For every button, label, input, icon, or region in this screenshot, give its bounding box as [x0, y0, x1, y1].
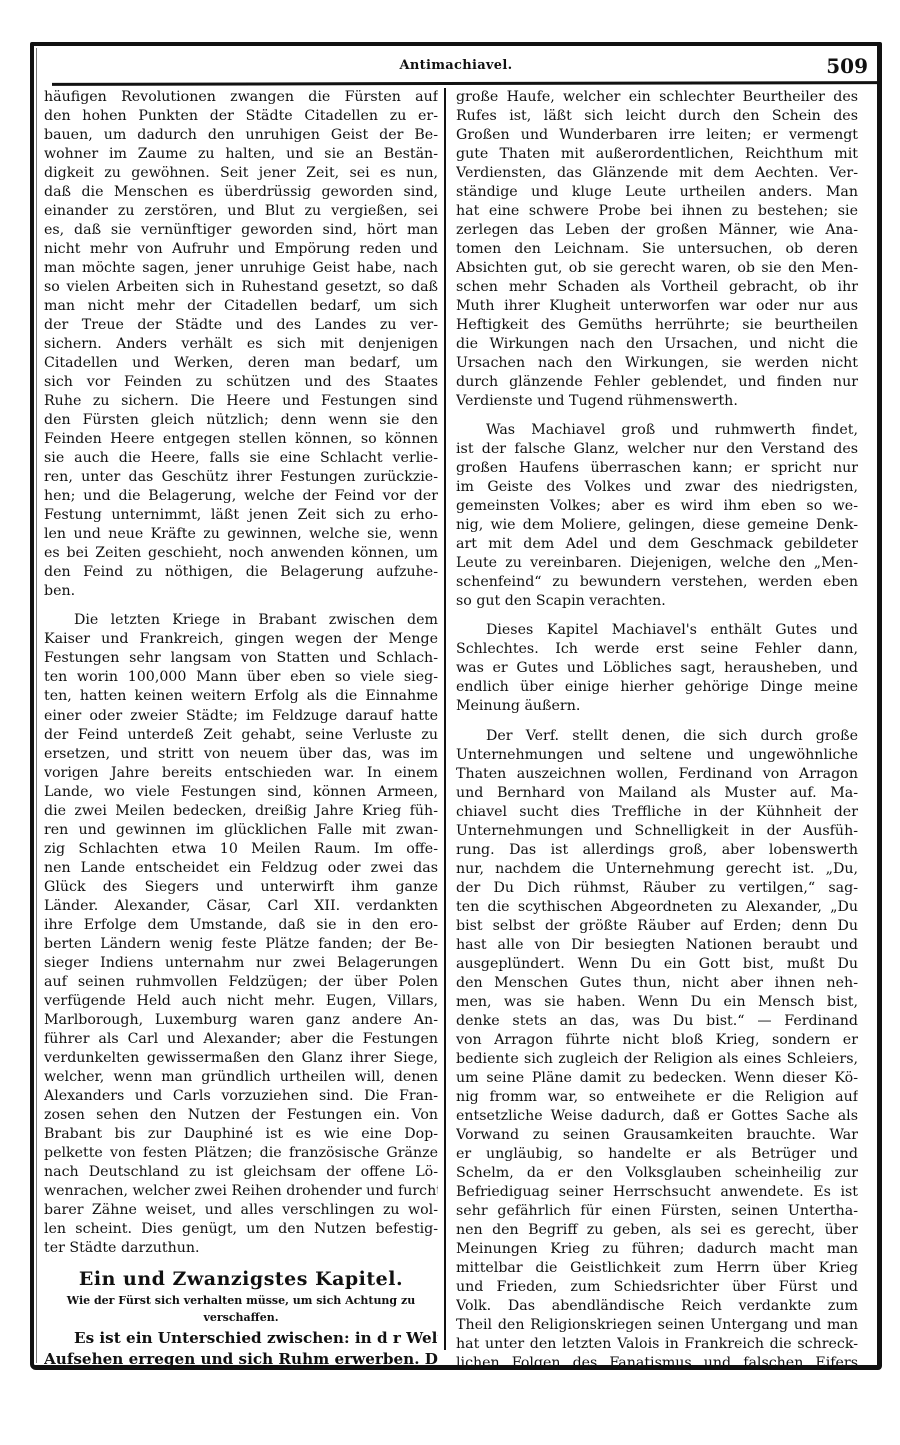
text-line: Was Machiavel groß und ruhmwerth findet, [456, 421, 858, 440]
text-line: Meinung äußern. [456, 697, 858, 716]
text-line: Theil den Religionskriegen seinen Unterg… [456, 1316, 858, 1335]
text-line: len scheint. Dies genügt, um den Nutzen … [44, 1220, 438, 1239]
text-line: tomen den Leichnam. Sie untersuchen, ob … [456, 240, 858, 259]
text-line: Länder. Alexander, Cäsar, Carl XII. verd… [44, 897, 438, 916]
text-line: was er Gutes und Löbliches sagt, heraush… [456, 659, 858, 678]
text-line: es bei Zeiten geschieht, noch anwenden k… [44, 544, 438, 563]
text-line: lichen Folgen des Fanatismus und falsche… [456, 1354, 858, 1373]
paragraph: große Haufe, welcher ein schlechter Beur… [456, 88, 858, 411]
text-line: mittelbar die Geistlichkeit zum Herrn üb… [456, 1259, 858, 1278]
text-line: Festung unternimmt, läßt jenen Zeit sich… [44, 506, 438, 525]
text-line: zig Schlachten etwa 10 Meilen Raum. Im o… [44, 840, 438, 859]
text-line: Verdienste und Tugend rühmenswerth. [456, 392, 858, 411]
text-line: schen mehr Schaden als Vortheil gebracht… [456, 278, 858, 297]
text-line: nen den Begriff zu geben, als sei es ger… [456, 1221, 858, 1240]
text-line: und Frieden, zum Schiedsrichter über Für… [456, 1278, 858, 1297]
text-line: berten Ländern wenig feste Plätze fanden… [44, 935, 438, 954]
text-line: Ursachen nach den Wirkungen, sie werden … [456, 354, 858, 373]
text-line: bist selbst der größte Räuber auf Erden;… [456, 917, 858, 936]
text-line: ersetzen, und stritt von neuem über das,… [44, 745, 438, 764]
text-line: wohner im Zaume zu halten, und sie an Be… [44, 145, 438, 164]
text-line: gute Thaten mit außerordentlichen, Reich… [456, 145, 858, 164]
text-line: bauen, um dadurch den unruhigen Geist de… [44, 126, 438, 145]
text-line: die zwei Meilen bedecken, dreißig Jahre … [44, 802, 438, 821]
text-line: schenfeind“ zu bewundern verstehen, werd… [456, 573, 858, 592]
text-line: zosen sehen den Nutzen der Festungen ein… [44, 1106, 438, 1125]
paragraph: Dieses Kapitel Machiavel's enthält Gutes… [456, 621, 858, 716]
text-line: hat eine schwere Probe bei ihnen zu best… [456, 202, 858, 221]
running-title: Antimachiavel. [36, 58, 876, 73]
text-line: es, daß sie vernünftiger geworden sind, … [44, 221, 438, 240]
paragraph: Der Verf. stellt denen, die sich durch g… [456, 727, 858, 1374]
text-line: von Arragon führte nicht bloß Krieg, son… [456, 1031, 858, 1050]
text-line: nicht mehr von Aufruhr und Empörung rede… [44, 240, 438, 259]
text-line: vorigen Jahre bereits entschieden war. I… [44, 764, 438, 783]
text-line: Citadellen und Werken, deren man bedarf,… [44, 354, 438, 373]
text-line: ren und gewinnen im glücklichen Falle mi… [44, 821, 438, 840]
text-line: Volk. Das abendländische Reich verdankte… [456, 1297, 858, 1316]
text-line: Unternehmungen und Schnelligkeit in der … [456, 822, 858, 841]
text-line: sehr gefährlich für einen Fürsten, seine… [456, 1202, 858, 1221]
chapter-subtitle: Wie der Fürst sich verhalten müsse, um s… [44, 1292, 438, 1309]
text-line: er ungläubig, so handelte er als Betrüge… [456, 1145, 858, 1164]
text-line: Thaten auszeichnen wollen, Ferdinand von… [456, 765, 858, 784]
text-line: ten worin 100,000 Mann über eben so viel… [44, 668, 438, 687]
text-line: so vielen Arbeiten sich in Ruhestand ges… [44, 278, 438, 297]
paragraph: Es ist ein Unterschied zwischen: in d r … [44, 1328, 438, 1370]
text-line: ist der falsche Glanz, welcher nur den V… [456, 440, 858, 459]
text-line: den Feind zu nöthigen, die Belagerung au… [44, 563, 438, 582]
text-line: Marlborough, Luxemburg waren ganz andere… [44, 1011, 438, 1030]
text-line: nach Deutschland zu ist gleichsam der of… [44, 1163, 438, 1182]
text-line: sieger Indiens unternahm nur zwei Belage… [44, 954, 438, 973]
text-line: nur, nachdem die Unternehmung gerecht is… [456, 860, 858, 879]
text-line: ihre Erfolge dem Umstande, daß sie in de… [44, 916, 438, 935]
text-line: Muth ihrer Klugheit unterworfen war oder… [456, 297, 858, 316]
chapter-title: Ein und Zwanzigstes Kapitel. [44, 1266, 438, 1292]
text-line: der Treue der Städte und des Landes zu v… [44, 316, 438, 335]
text-line: ständige und kluge Leute urtheilen ander… [456, 183, 858, 202]
inner-border-rule [36, 48, 37, 1363]
text-line: art mit dem Adel und dem Geschmack gebil… [456, 535, 858, 554]
text-line: Dieses Kapitel Machiavel's enthält Gutes… [456, 621, 858, 640]
text-line: sich vor Feinden zu schützen und des Sta… [44, 373, 438, 392]
text-line: Rufes ist, läßt sich leicht durch den Sc… [456, 107, 858, 126]
text-line: Festungen sehr langsam von Statten und S… [44, 649, 438, 668]
text-line: Schelm, da er den Volksglauben scheinhei… [456, 1164, 858, 1183]
text-line: Unternehmungen und seltene und ungewöhnl… [456, 746, 858, 765]
text-line: chiavel sucht dies Treffliche in der Küh… [456, 803, 858, 822]
text-line: daß die Menschen es überdrüssig geworden… [44, 183, 438, 202]
text-line: großen Haufens überraschen kann; er spri… [456, 459, 858, 478]
text-line: welcher, wenn man gründlich urtheilen wi… [44, 1068, 438, 1087]
text-line: der Du Dich rühmst, Räuber zu vertilgen,… [456, 879, 858, 898]
text-line: Feinden Heere entgegen stellen können, s… [44, 430, 438, 449]
text-line: man möchte sagen, jener unruhige Geist h… [44, 259, 438, 278]
text-line: zerlegen das Leben der großen Männer, wi… [456, 221, 858, 240]
text-line: Befriediguag seiner Herrschsucht anwende… [456, 1183, 858, 1202]
text-line: Ruhe zu sichern. Die Heere und Festungen… [44, 392, 438, 411]
text-line: einander zu zerstören, und Blut zu vergi… [44, 202, 438, 221]
chapter-heading-block: Ein und Zwanzigstes Kapitel. Wie der Für… [44, 1266, 438, 1326]
text-line: der Feind unterdeß Zeit gehabt, seine Ve… [44, 726, 438, 745]
paragraph: häufigen Revolutionen zwangen die Fürste… [44, 88, 438, 601]
text-line: Der Verf. stellt denen, die sich durch g… [456, 727, 858, 746]
text-line: Verdiensten, das Glänzende mit dem Aecht… [456, 164, 858, 183]
text-line: ter Städte darzuthun. [44, 1239, 438, 1258]
text-line: die Wirkungen nach den Ursachen, und nic… [456, 335, 858, 354]
text-line: ren, unter das Geschütz ihrer Festungen … [44, 468, 438, 487]
text-line: den Menschen Gutes thun, nicht aber ihne… [456, 974, 858, 993]
right-column: große Haufe, welcher ein schlechter Beur… [456, 88, 858, 1373]
text-line: auf seinen ruhmvollen Feldzügen; der übe… [44, 973, 438, 992]
text-line: Alexanders und Carls vorzuziehen sind. D… [44, 1087, 438, 1106]
text-line: man nicht mehr der Citadellen bedarf, um… [44, 297, 438, 316]
text-line: Aufsehen erregen und sich Ruhm erwerben.… [44, 1349, 438, 1370]
text-line: Großen und Wunderbaren irre leiten; er v… [456, 126, 858, 145]
running-header: Antimachiavel. 509 [36, 52, 876, 78]
text-line: so gut den Scapin verachten. [456, 592, 858, 611]
text-line: rung. Das ist allerdings groß, aber lobe… [456, 841, 858, 860]
text-line: den hohen Punkten der Städte Citadellen … [44, 107, 438, 126]
text-line: Leute zu vereinbaren. Diejenigen, welche… [456, 554, 858, 573]
text-line: ten die scythischen Abgeordneten zu Alex… [456, 898, 858, 917]
text-line: nig fromm war, so entweihete er die Reli… [456, 1088, 858, 1107]
text-line: häufigen Revolutionen zwangen die Fürste… [44, 88, 438, 107]
text-line: und Bernhard von Mailand als Muster auf.… [456, 784, 858, 803]
column-divider [444, 88, 446, 1350]
text-line: Absichten gut, ob sie gerecht waren, ob … [456, 259, 858, 278]
text-line: um seine Pläne damit zu bedecken. Wenn d… [456, 1069, 858, 1088]
text-line: ben. [44, 582, 438, 601]
text-line: entsetzliche Weise dadurch, daß er Gotte… [456, 1107, 858, 1126]
page-number: 509 [826, 54, 868, 78]
text-line: Die letzten Kriege in Brabant zwischen d… [44, 611, 438, 630]
paragraph: Die letzten Kriege in Brabant zwischen d… [44, 611, 438, 1258]
text-line: ausgeplündert. Wenn Du ein Gott bist, mu… [456, 955, 858, 974]
text-line: Meinungen Krieg zu führen; dadurch macht… [456, 1240, 858, 1259]
text-line: Lande, wo viele Festungen sind, können A… [44, 783, 438, 802]
left-column: häufigen Revolutionen zwangen die Fürste… [44, 88, 438, 1370]
text-line: sie auch die Heere, falls sie eine Schla… [44, 449, 438, 468]
text-line: Schlechtes. Ich werde erst seine Fehler … [456, 640, 858, 659]
text-line: nig, wie dem Moliere, gelingen, diese ge… [456, 516, 858, 535]
text-line: endlich über einige hierher gehörige Din… [456, 678, 858, 697]
text-line: führer als Carl und Alexander; aber die … [44, 1030, 438, 1049]
text-line: pelkette von festen Plätzen; die französ… [44, 1144, 438, 1163]
text-line: hen; und die Belagerung, welche der Fein… [44, 487, 438, 506]
chapter-subtitle-continued: verschaffen. [44, 1309, 438, 1326]
text-line: hat unter den letzten Valois in Frankrei… [456, 1335, 858, 1354]
text-line: Es ist ein Unterschied zwischen: in d r … [44, 1328, 438, 1349]
text-line: Heftigkeit des Gemüths herrührte; sie be… [456, 316, 858, 335]
text-line: Kaiser und Frankreich, gingen wegen der … [44, 630, 438, 649]
text-line: sichern. Anders verhält es sich mit denj… [44, 335, 438, 354]
text-line: den Fürsten gleich nützlich; denn wenn s… [44, 411, 438, 430]
text-line: große Haufe, welcher ein schlechter Beur… [456, 88, 858, 107]
text-line: digkeit zu gewöhnen. Seit jener Zeit, se… [44, 164, 438, 183]
text-line: barer Zähne weiset, und alles verschling… [44, 1201, 438, 1220]
text-line: verdunkelten gewissermaßen den Glanz ihr… [44, 1049, 438, 1068]
text-line: im Geiste des Volkes und zwar des niedri… [456, 478, 858, 497]
text-line: nen Lande entscheidet ein Feldzug oder z… [44, 859, 438, 878]
text-line: hast alle von Dir besiegten Nationen ber… [456, 936, 858, 955]
text-line: denke stets an das, was Du bist.“ — Ferd… [456, 1012, 858, 1031]
paragraph: Was Machiavel groß und ruhmwerth findet,… [456, 421, 858, 611]
text-line: gemeinsten Volkes; aber es wird ihm eben… [456, 497, 858, 516]
text-line: einer oder zweier Städte; im Feldzuge da… [44, 707, 438, 726]
text-line: Vorwand zu seinen Grausamkeiten brauchte… [456, 1126, 858, 1145]
text-line: bediente sich zugleich der Religion als … [456, 1050, 858, 1069]
text-line: len und neue Kräfte zu gewinnen, welche … [44, 525, 438, 544]
text-line: Brabant bis zur Dauphiné ist es wie eine… [44, 1125, 438, 1144]
text-line: ten, hatten keinen weitern Erfolg als di… [44, 687, 438, 706]
text-line: durch glänzende Fehler geblendet, und fi… [456, 373, 858, 392]
text-line: wenrachen, welcher zwei Reihen drohender… [44, 1182, 438, 1201]
text-line: men, was sie haben. Wenn Du ein Mensch b… [456, 993, 858, 1012]
text-line: Glück des Siegers und unterwirft ihm gan… [44, 878, 438, 897]
text-line: verfügende Held auch nicht mehr. Eugen, … [44, 992, 438, 1011]
